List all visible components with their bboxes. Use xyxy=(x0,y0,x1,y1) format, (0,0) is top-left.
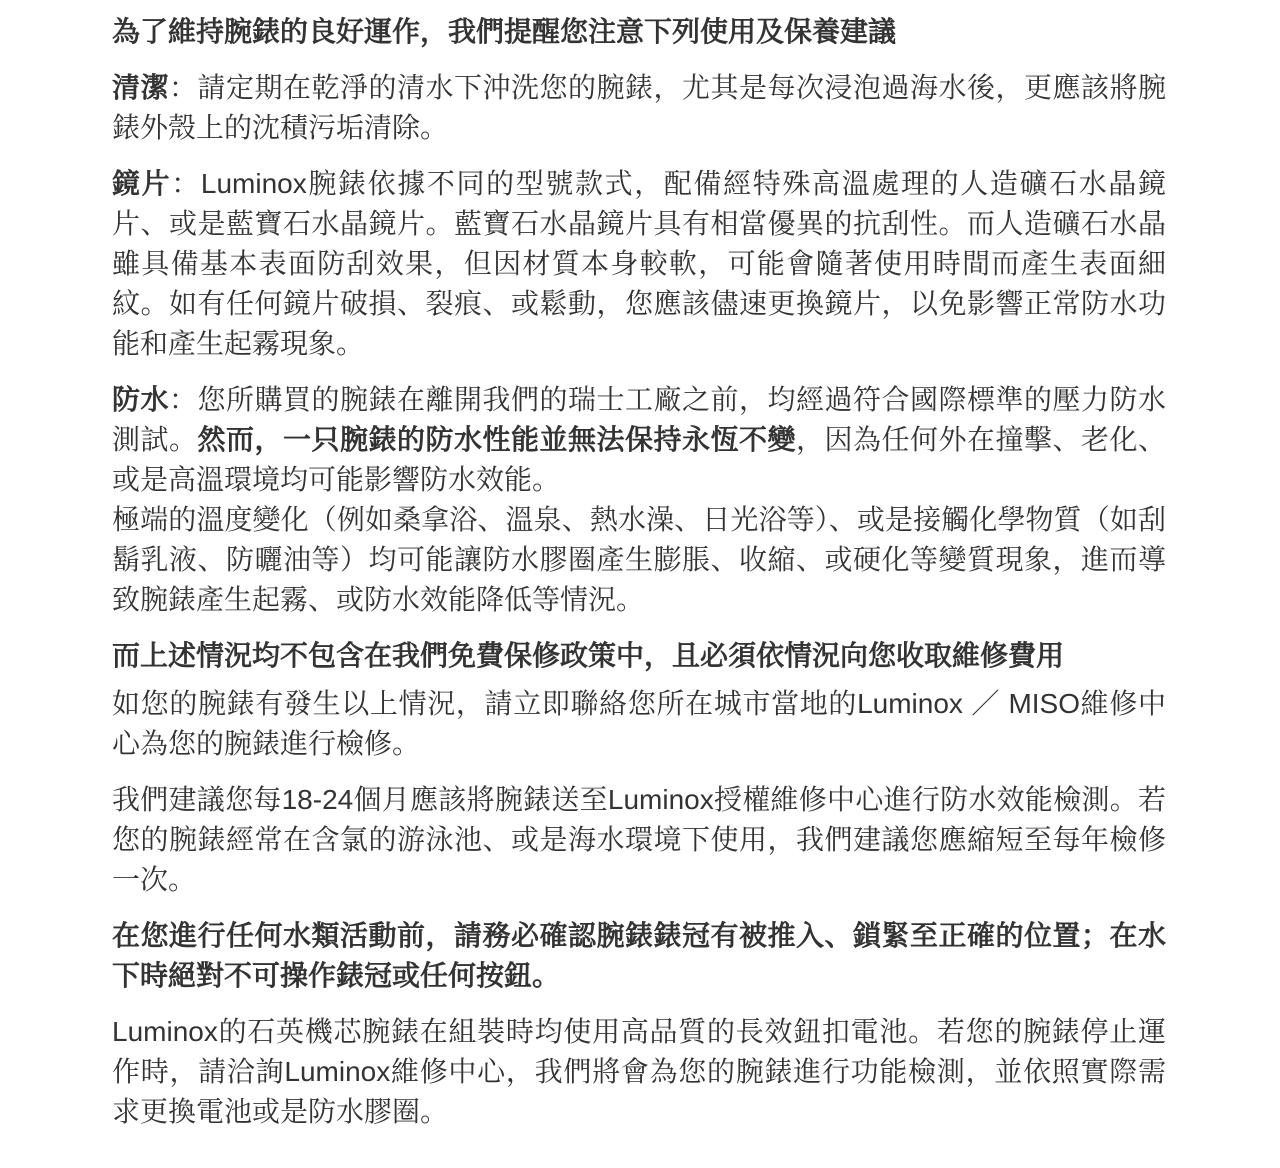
water-resistance-text-3: 極端的溫度變化（例如桑拿浴、溫泉、熱水澡、日光浴等）、或是接觸化學物質（如刮鬍乳… xyxy=(112,504,1166,615)
paragraph-warranty-notice-body: 如您的腕錶有發生以上情況，請立即聯絡您所在城市當地的Luminox ／ MISO… xyxy=(112,684,1166,764)
paragraph-battery: Luminox的石英機芯腕錶在組裝時均使用高品質的長效鈕扣電池。若您的腕錶停止運… xyxy=(112,1012,1166,1132)
paragraph-service-interval: 我們建議您每18-24個月應該將腕錶送至Luminox授權維修中心進行防水效能檢… xyxy=(112,780,1166,900)
water-resistance-label: 防水 xyxy=(112,384,169,415)
water-resistance-bold-phrase: 然而，一只腕錶的防水性能並無法保持永恆不變 xyxy=(198,424,796,455)
paragraph-crown-warning: 在您進行任何水類活動前，請務必確認腕錶錶冠有被推入、鎖緊至正確的位置；在水下時絕… xyxy=(112,916,1166,996)
document-title: 為了維持腕錶的良好運作，我們提醒您注意下列使用及保養建議 xyxy=(112,12,1166,52)
warranty-notice-heading: 而上述情況均不包含在我們免費保修政策中，且必須依情況向您收取維修費用 xyxy=(112,636,1166,676)
paragraph-crystal: 鏡片：Luminox腕錶依據不同的型號款式，配備經特殊高溫處理的人造礦石水晶鏡片… xyxy=(112,164,1166,364)
cleaning-text: ：請定期在乾淨的清水下沖洗您的腕錶，尤其是每次浸泡過海水後，更應該將腕錶外殼上的… xyxy=(112,72,1166,143)
crystal-text: ：Luminox腕錶依據不同的型號款式，配備經特殊高溫處理的人造礦石水晶鏡片、或… xyxy=(112,168,1166,359)
care-instructions-document: 為了維持腕錶的良好運作，我們提醒您注意下列使用及保養建議 清潔：請定期在乾淨的清… xyxy=(0,0,1280,1168)
cleaning-label: 清潔 xyxy=(112,72,169,103)
paragraph-water-resistance: 防水：您所購買的腕錶在離開我們的瑞士工廠之前，均經過符合國際標準的壓力防水測試。… xyxy=(112,380,1166,620)
paragraph-cleaning: 清潔：請定期在乾淨的清水下沖洗您的腕錶，尤其是每次浸泡過海水後，更應該將腕錶外殼… xyxy=(112,68,1166,148)
crystal-label: 鏡片 xyxy=(112,168,171,199)
